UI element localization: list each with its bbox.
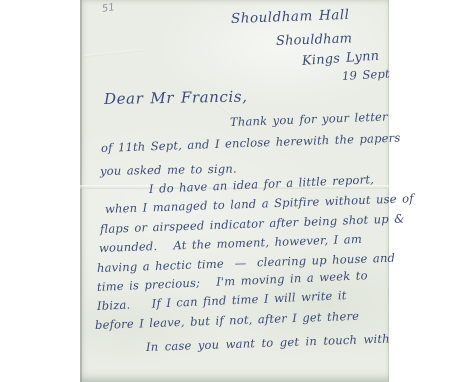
pencil-page-number: 51	[101, 2, 115, 15]
letterhead-line-hall: Shouldham Hall	[231, 7, 350, 27]
letterhead-line-city: Kings Lynn	[301, 49, 379, 69]
body-line: In case you want to get in touch with	[146, 331, 390, 354]
letterhead-line-date: 19 Sept	[342, 67, 391, 83]
scan-background: 51 Shouldham Hall Shouldham Kings Lynn 1…	[0, 0, 468, 382]
letter-page: 51 Shouldham Hall Shouldham Kings Lynn 1…	[80, 0, 389, 382]
body-line: you asked me to sign.	[100, 162, 237, 178]
letterhead-line-town: Shouldham	[276, 31, 353, 49]
body-line: Thank you for your letter	[230, 109, 388, 128]
salutation: Dear Mr Francis,	[104, 87, 248, 108]
body-line: wounded. At the moment, however, I am	[99, 232, 362, 255]
body-line: of 11th Sept, and I enclose herewith the…	[101, 131, 401, 155]
body-line: before I leave, but if not, after I get …	[95, 309, 360, 332]
paper-crease-diagonal	[84, 49, 144, 57]
